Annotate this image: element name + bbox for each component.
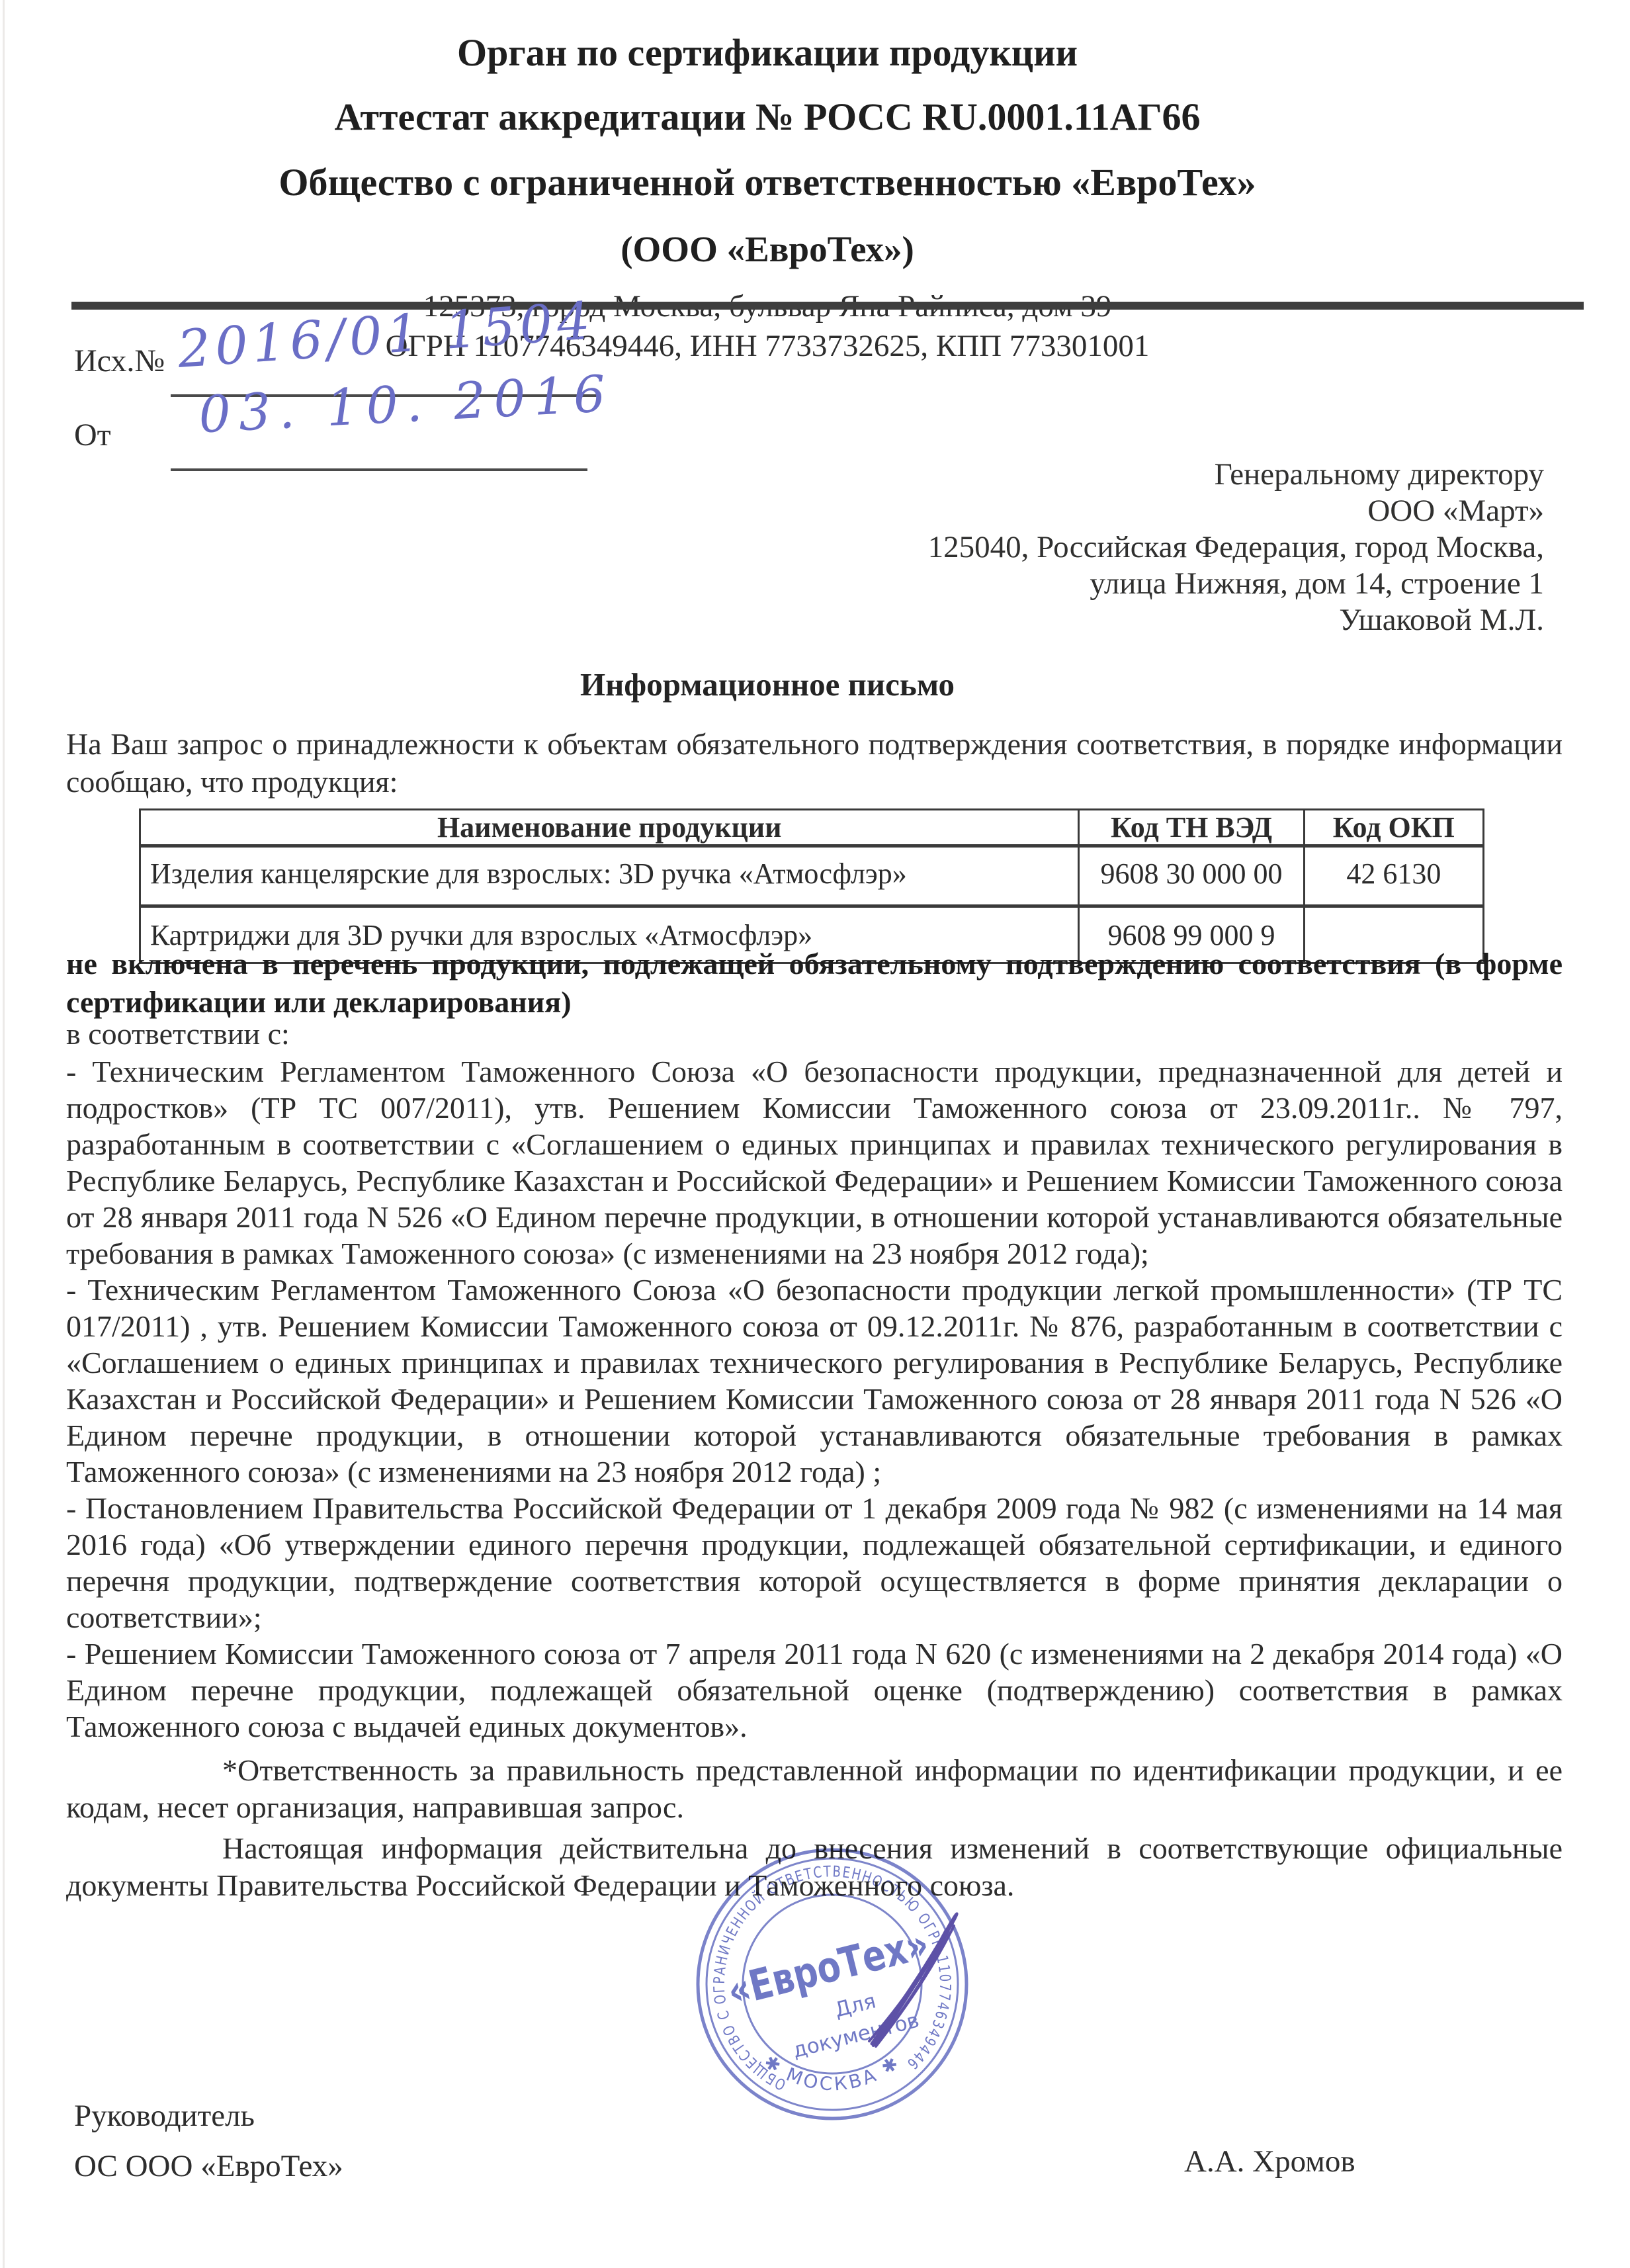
company-round-stamp: ОБЩЕСТВО С ОГРАНИЧЕННОЙ ОТВЕТСТВЕННОСТЬЮ… <box>692 1844 972 2124</box>
signer-role-block: Руководитель ОС ООО «ЕвроТех» <box>74 2091 343 2191</box>
header-okp-code: Код ОКП <box>1304 810 1483 846</box>
outgoing-number-label: Исх.№ <box>74 343 165 379</box>
basis-intro-text: в соответствии с: <box>66 1016 290 1051</box>
basis-item-tr-ts-007: - Техническим Регламентом Таможенного Со… <box>66 1053 1563 1272</box>
letterhead-org-type: Орган по сертификации продукции <box>0 30 1535 75</box>
letterhead-company-name: Общество с ограниченной ответственностью… <box>0 160 1535 204</box>
header-product-name: Наименование продукции <box>140 810 1079 846</box>
letterhead-accreditation: Аттестат аккредитации № РОСС RU.0001.11А… <box>0 95 1535 139</box>
recipient-block: Генеральному директору ООО «Март» 125040… <box>794 457 1544 638</box>
product-table: Наименование продукции Код ТН ВЭД Код ОК… <box>139 808 1484 964</box>
tnved-code-cell: 9608 30 000 00 <box>1079 846 1304 906</box>
product-name-cell: Изделия канцелярские для взрослых: 3D ру… <box>140 846 1079 906</box>
signer-role-line2: ОС ООО «ЕвроТех» <box>74 2141 343 2191</box>
recipient-position: Генеральному директору <box>794 457 1544 493</box>
conclusion-bold-text: не включена в перечень продукции, подлеж… <box>66 945 1563 1022</box>
table-header-row: Наименование продукции Код ТН ВЭД Код ОК… <box>140 810 1484 846</box>
recipient-company: ООО «Март» <box>794 493 1544 529</box>
responsibility-note: *Ответственность за правильность предста… <box>66 1752 1563 1826</box>
scanned-letter-page: Орган по сертификации продукции Аттестат… <box>0 0 1630 2268</box>
legal-basis-list: - Техническим Регламентом Таможенного Со… <box>66 1053 1563 1745</box>
okp-code-cell: 42 6130 <box>1304 846 1483 906</box>
recipient-address-line1: 125040, Российская Федерация, город Моск… <box>794 529 1544 566</box>
outgoing-date-underline <box>171 468 587 471</box>
signer-name: А.А. Хромов <box>1184 2144 1355 2179</box>
stamp-for-label: Для <box>832 1989 879 2022</box>
outgoing-date-label: От <box>74 417 111 453</box>
table-row: Изделия канцелярские для взрослых: 3D ру… <box>140 846 1484 906</box>
recipient-person: Ушаковой М.Л. <box>794 602 1544 638</box>
intro-paragraph: На Ваш запрос о принадлежности к объекта… <box>66 725 1563 801</box>
basis-item-tr-ts-017: - Техническим Регламентом Таможенного Со… <box>66 1272 1563 1490</box>
document-title: Информационное письмо <box>0 666 1535 703</box>
outgoing-date-handwritten: 03. 10. 2016 <box>197 364 615 445</box>
header-tnved-code: Код ТН ВЭД <box>1079 810 1304 846</box>
letterhead: Орган по сертификации продукции Аттестат… <box>0 15 1535 364</box>
recipient-address-line2: улица Нижняя, дом 14, строение 1 <box>794 566 1544 602</box>
signer-role-line1: Руководитель <box>74 2091 343 2141</box>
letterhead-company-short-name: (ООО «ЕвроТех») <box>0 228 1535 270</box>
letterhead-divider <box>71 302 1584 310</box>
basis-item-decree-982: - Постановлением Правительства Российско… <box>66 1490 1563 1636</box>
basis-item-decision-620: - Решением Комиссии Таможенного союза от… <box>66 1636 1563 1745</box>
